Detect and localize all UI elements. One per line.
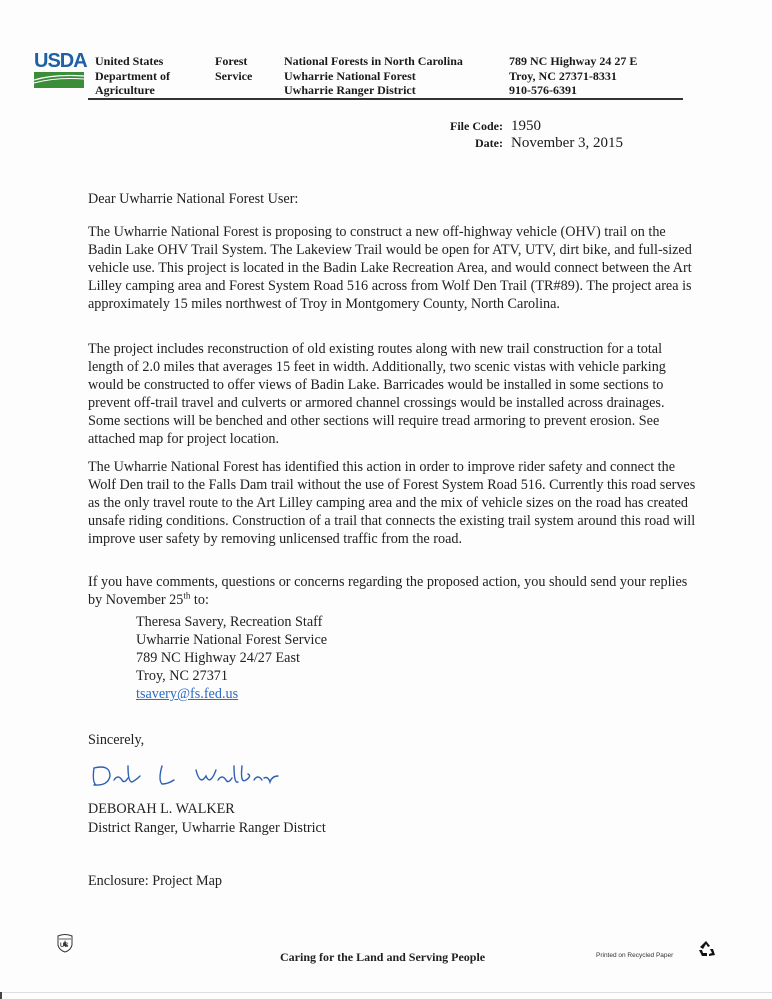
signer-title: District Ranger, Uwharrie Ranger Distric… bbox=[88, 819, 698, 837]
recycle-icon bbox=[696, 940, 716, 958]
contact-city: Troy, NC 27371 bbox=[136, 667, 327, 685]
contact-name: Theresa Savery, Recreation Staff bbox=[136, 613, 327, 631]
service-name: Forest Service bbox=[215, 54, 252, 83]
footer-recycled-note: Printed on Recycled Paper bbox=[596, 952, 673, 959]
office-address: 789 NC Highway 24 27 E Troy, NC 27371-83… bbox=[509, 54, 637, 98]
enclosure: Enclosure: Project Map bbox=[88, 872, 698, 890]
contact-block: Theresa Savery, Recreation Staff Uwharri… bbox=[136, 613, 327, 703]
signer-name: DEBORAH L. WALKER bbox=[88, 800, 698, 818]
letter-date: Date:November 3, 2015 bbox=[425, 135, 623, 152]
closing: Sincerely, bbox=[88, 731, 698, 749]
contact-street: 789 NC Highway 24/27 East bbox=[136, 649, 327, 667]
agency-name: United States Department of Agriculture bbox=[95, 54, 170, 98]
page-bottom-edge bbox=[0, 992, 772, 993]
signature-image bbox=[88, 758, 308, 792]
paragraph-proposal: The Uwharrie National Forest is proposin… bbox=[88, 223, 698, 313]
paragraph-project-scope: The project includes reconstruction of o… bbox=[88, 340, 698, 449]
letterhead-divider bbox=[88, 98, 683, 100]
usda-landscape-icon bbox=[34, 72, 84, 88]
file-code: File Code:1950 bbox=[425, 118, 541, 135]
paragraph-purpose: The Uwharrie National Forest has identif… bbox=[88, 458, 698, 548]
usda-logo-text: USDA bbox=[34, 52, 88, 70]
unit-name: National Forests in North Carolina Uwhar… bbox=[284, 54, 463, 98]
scan-edge-mark bbox=[0, 992, 2, 999]
contact-org: Uwharrie National Forest Service bbox=[136, 631, 327, 649]
contact-email-link[interactable]: tsavery@fs.fed.us bbox=[136, 686, 238, 702]
footer-slogan: Caring for the Land and Serving People bbox=[280, 950, 485, 965]
forest-service-shield-icon: US bbox=[57, 933, 73, 953]
usda-logo: USDA bbox=[34, 52, 88, 90]
salutation: Dear Uwharrie National Forest User: bbox=[88, 190, 698, 208]
paragraph-comments: If you have comments, questions or conce… bbox=[88, 573, 698, 609]
